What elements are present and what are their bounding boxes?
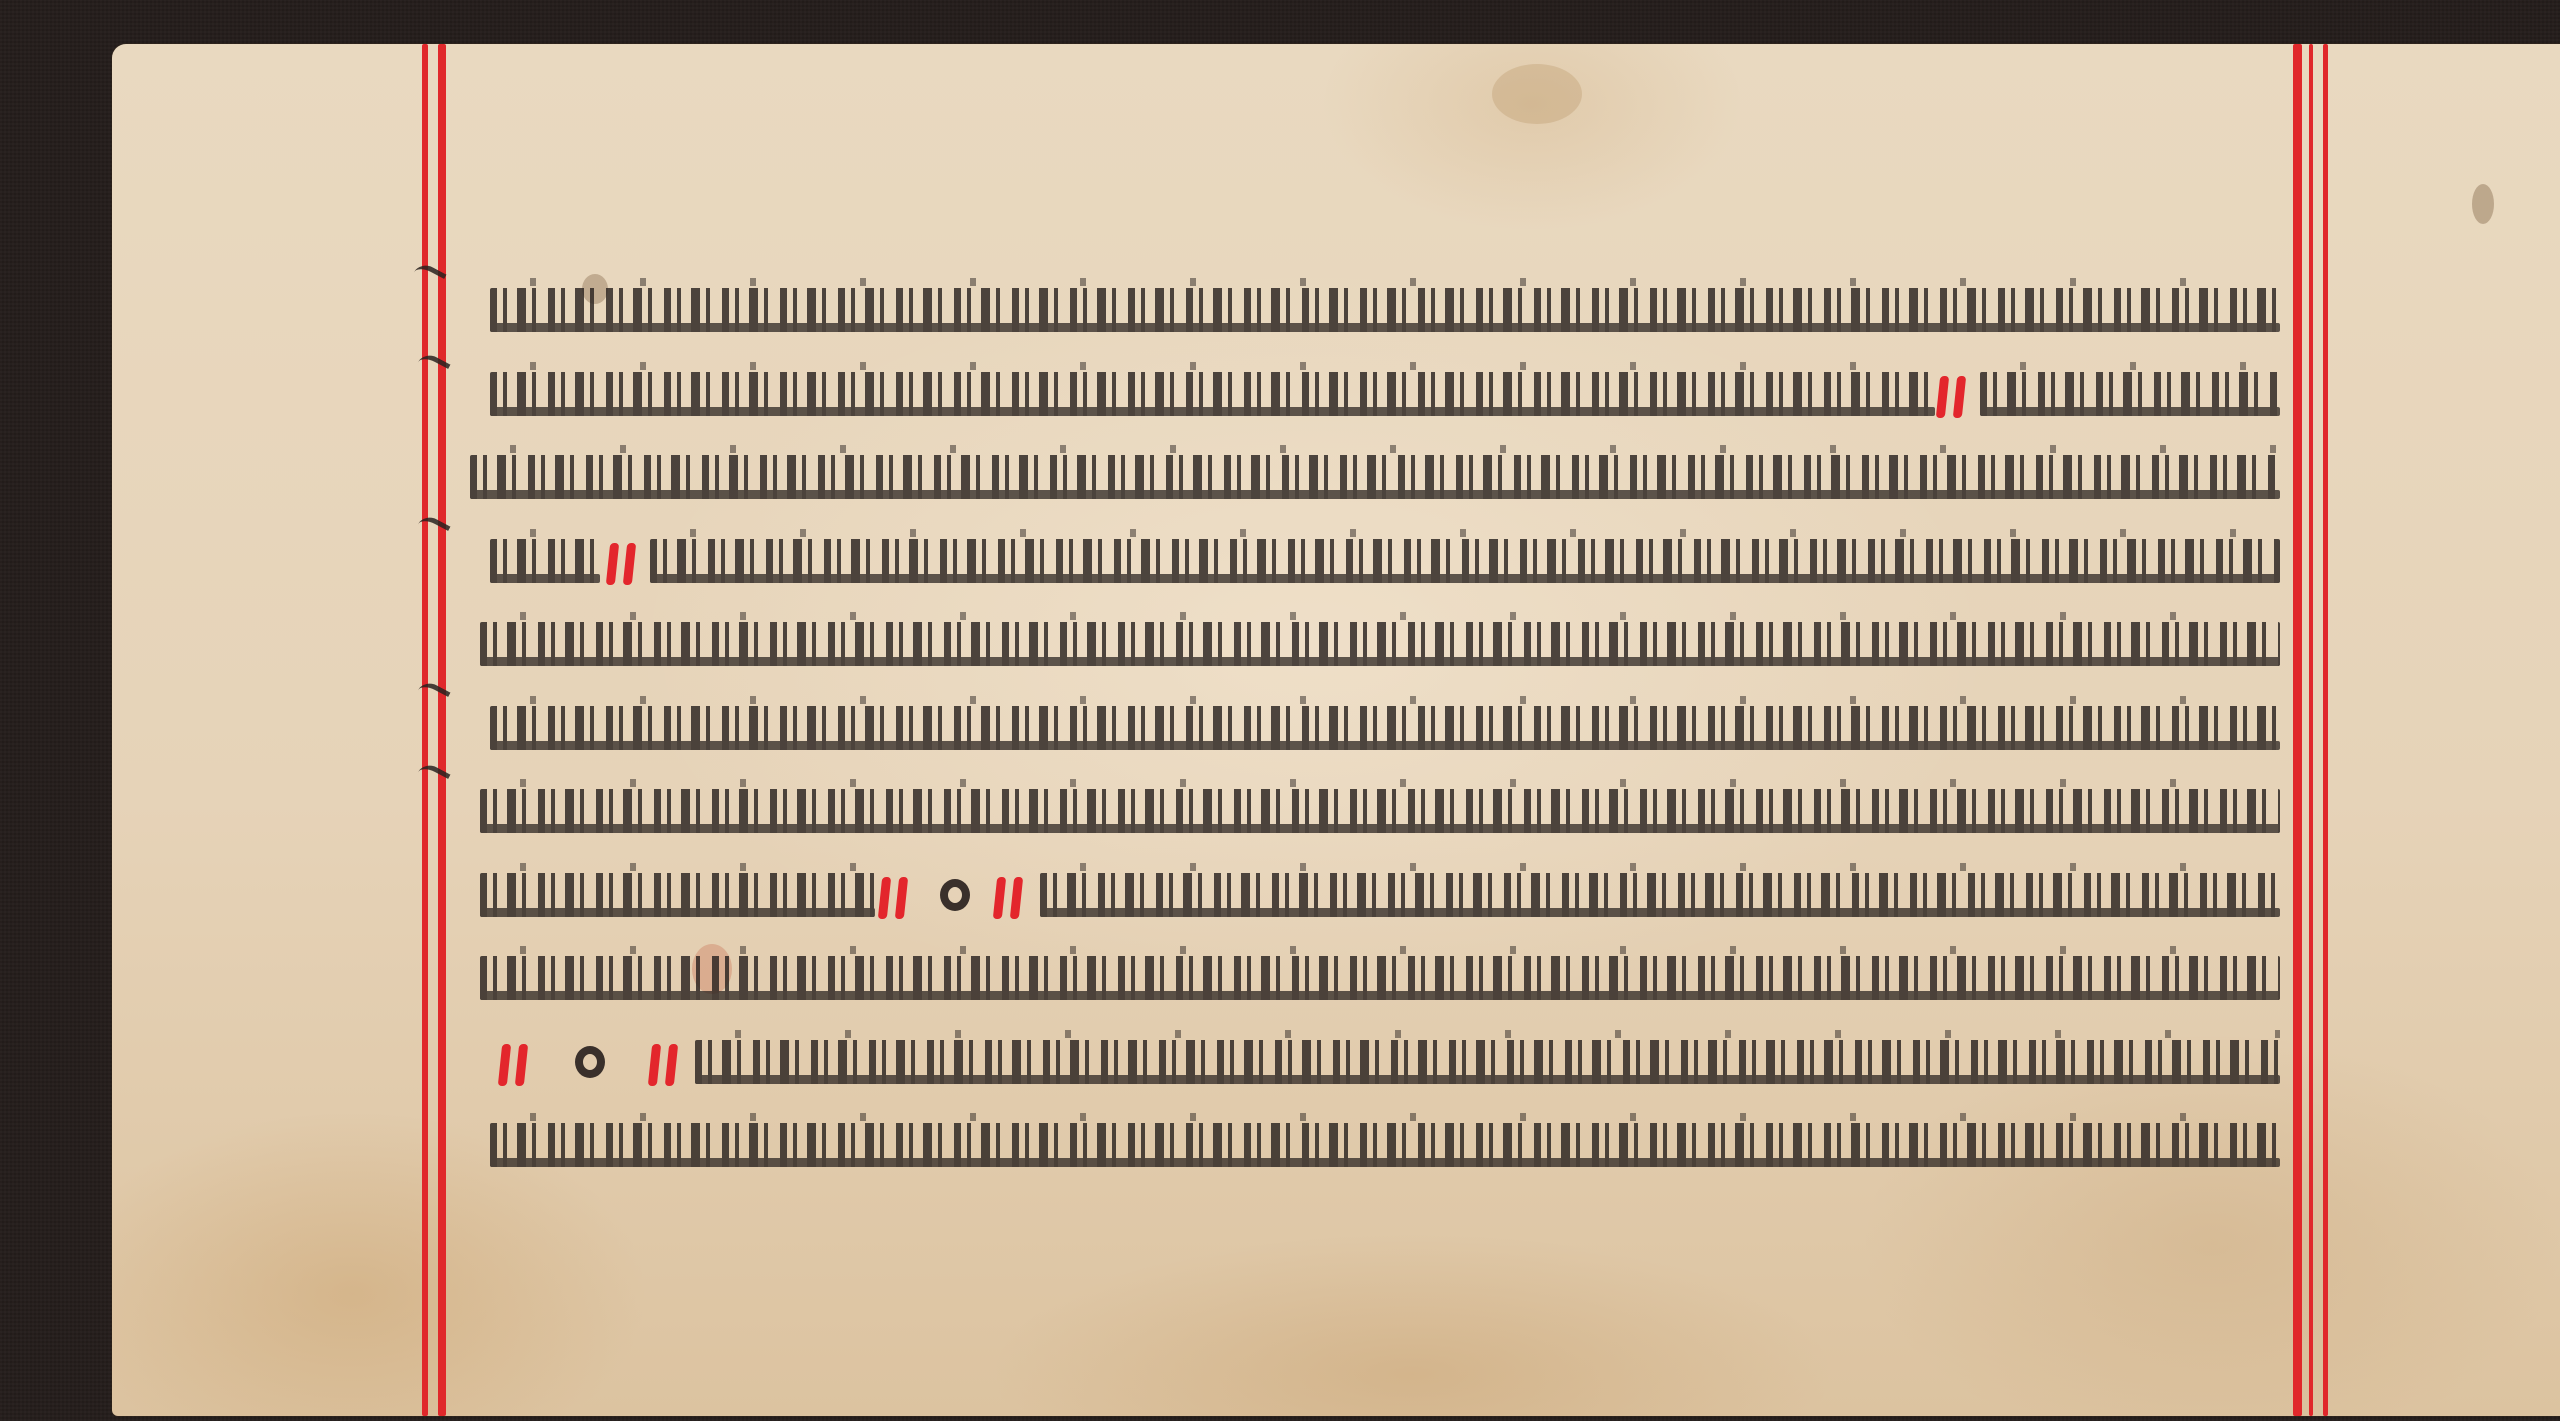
left-margin-rule — [438, 44, 446, 1416]
handwritten-script — [470, 455, 2280, 499]
left-margin-rule — [422, 44, 428, 1416]
red-double-danda-marker — [608, 543, 636, 585]
handwritten-script — [480, 789, 2280, 833]
script-line — [470, 350, 2282, 434]
handwritten-script — [650, 539, 2280, 583]
handwritten-script — [1040, 873, 2280, 917]
script-line — [470, 517, 2282, 601]
handwritten-script — [480, 956, 2280, 1000]
script-line — [470, 1101, 2282, 1185]
handwritten-script — [490, 372, 1935, 416]
handwritten-script — [480, 622, 2280, 666]
handwritten-script — [480, 873, 875, 917]
manuscript-leaf — [112, 44, 2560, 1416]
script-line — [470, 851, 2282, 935]
script-line — [470, 266, 2282, 350]
handwritten-script — [1980, 372, 2280, 416]
right-margin-rule — [2323, 44, 2328, 1416]
circle-ornament — [940, 879, 970, 911]
script-line — [470, 767, 2282, 851]
red-double-danda-marker — [500, 1044, 528, 1086]
script-line — [470, 1018, 2282, 1102]
red-double-danda-marker — [1938, 376, 1966, 418]
handwritten-script — [490, 706, 2280, 750]
handwritten-script — [695, 1040, 2280, 1084]
script-text-block — [470, 266, 2282, 1185]
red-double-danda-marker — [650, 1044, 678, 1086]
script-line — [470, 600, 2282, 684]
script-line — [470, 433, 2282, 517]
red-double-danda-marker — [995, 877, 1023, 919]
script-line — [470, 684, 2282, 768]
paper-stain — [1492, 64, 1582, 124]
handwritten-script — [490, 1123, 2280, 1167]
handwritten-script — [490, 539, 600, 583]
right-margin-rule — [2309, 44, 2313, 1416]
circle-ornament — [575, 1046, 605, 1078]
script-line — [470, 934, 2282, 1018]
red-double-danda-marker — [880, 877, 908, 919]
right-margin-rule — [2293, 44, 2302, 1416]
handwritten-script — [490, 288, 2280, 332]
paper-stain — [2472, 184, 2494, 224]
